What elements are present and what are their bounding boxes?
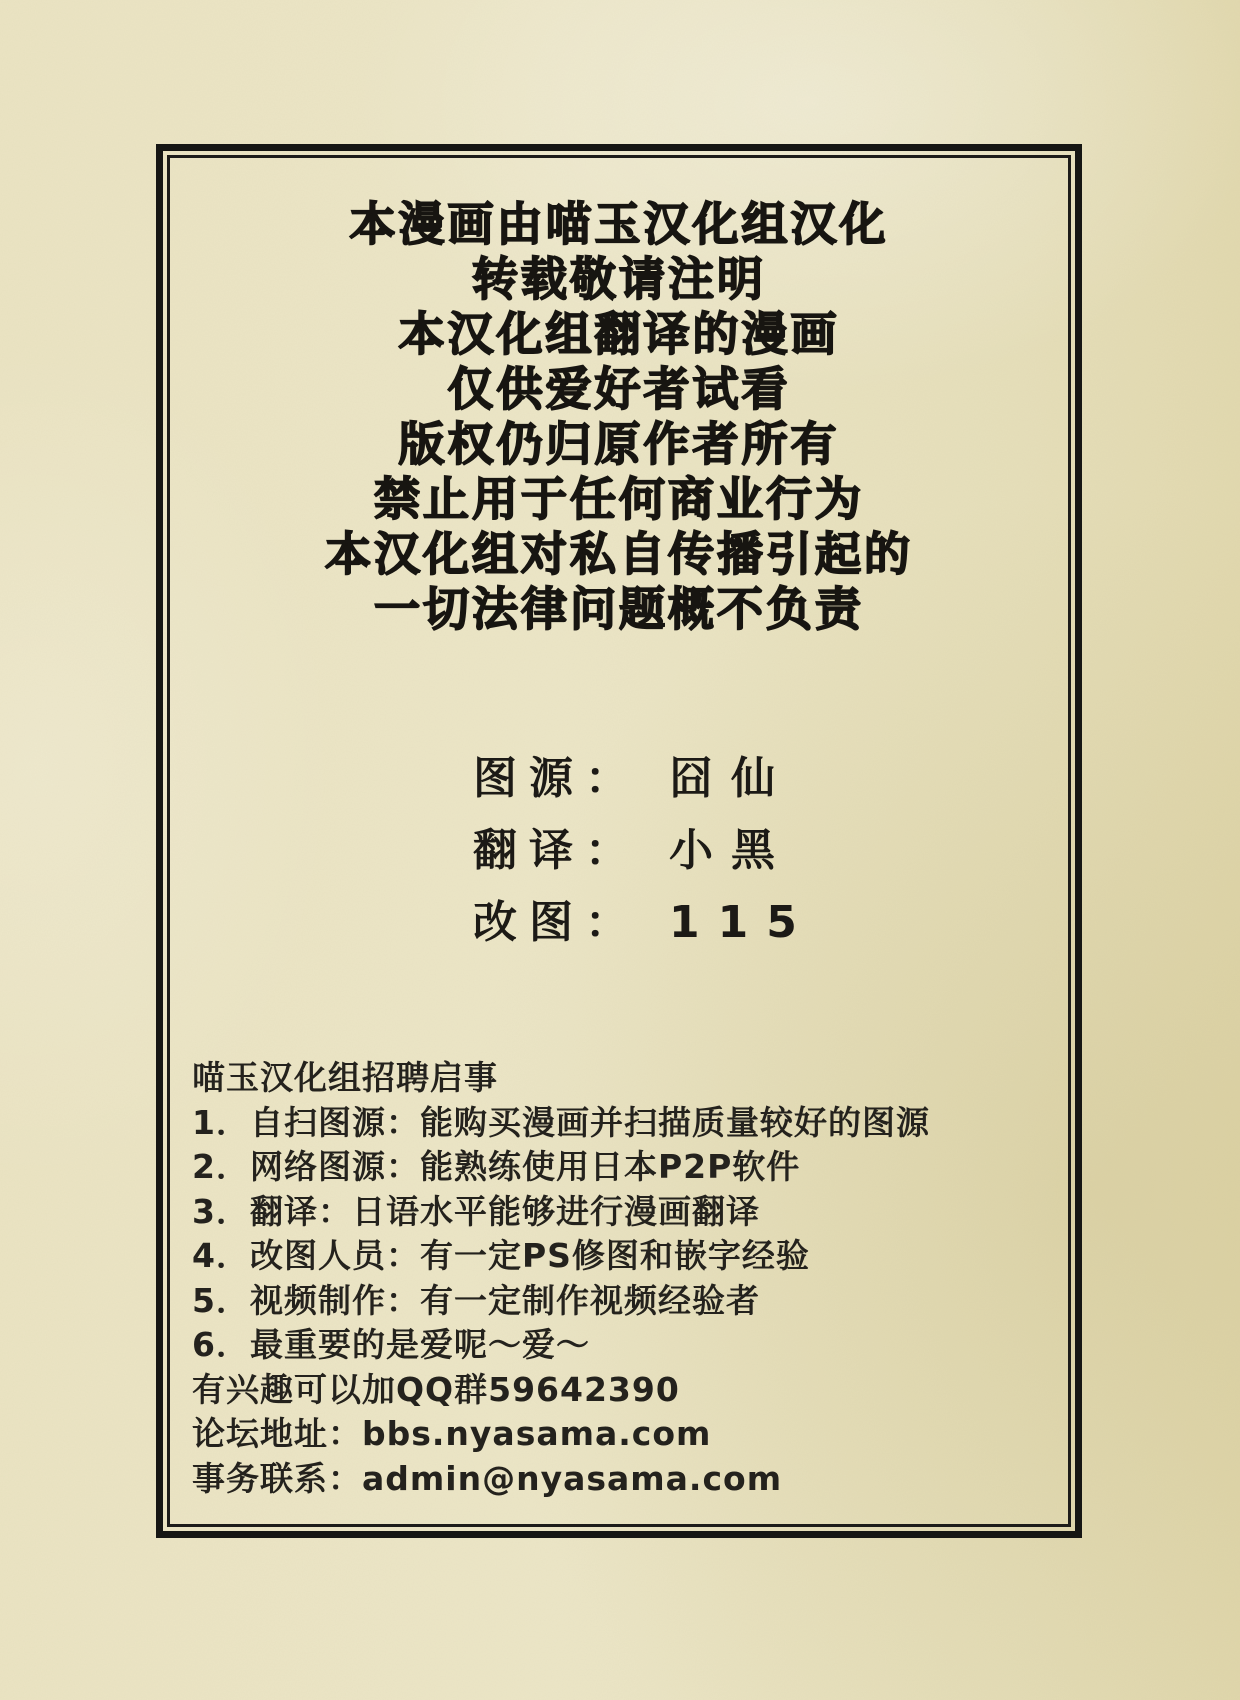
recruitment-item: 1．自扫图源：能购买漫画并扫描质量较好的图源 xyxy=(192,1101,1052,1146)
credit-row-translator: 翻译： 小黑 xyxy=(473,814,815,886)
notice-line: 禁止用于任何商业行为 xyxy=(157,472,1081,527)
recruitment-forum-line: 论坛地址：bbs.nyasama.com xyxy=(192,1412,1052,1457)
notice-line: 版权仍归原作者所有 xyxy=(157,417,1081,472)
notice-line: 本漫画由喵玉汉化组汉化 xyxy=(157,197,1081,252)
credit-row-editor: 改图： 115 xyxy=(473,886,815,958)
credit-label: 图源： xyxy=(473,742,669,806)
staff-credits: 图源： 囧仙 翻译： 小黑 改图： 115 xyxy=(473,742,815,958)
notice-line: 转载敬请注明 xyxy=(157,252,1081,307)
notice-line: 本汉化组翻译的漫画 xyxy=(157,307,1081,362)
copyright-notice: 本漫画由喵玉汉化组汉化 转载敬请注明 本汉化组翻译的漫画 仅供爱好者试看 版权仍… xyxy=(157,197,1081,637)
recruitment-qq-line: 有兴趣可以加QQ群59642390 xyxy=(192,1368,1052,1413)
recruitment-item: 2．网络图源：能熟练使用日本P2P软件 xyxy=(192,1145,1052,1190)
recruitment-item: 4．改图人员：有一定PS修图和嵌字经验 xyxy=(192,1234,1052,1279)
credit-value: 115 xyxy=(669,897,815,948)
scanned-credits-page: 本漫画由喵玉汉化组汉化 转载敬请注明 本汉化组翻译的漫画 仅供爱好者试看 版权仍… xyxy=(0,0,1240,1700)
credit-label: 翻译： xyxy=(473,814,669,878)
notice-line: 仅供爱好者试看 xyxy=(157,362,1081,417)
recruitment-item: 5．视频制作：有一定制作视频经验者 xyxy=(192,1279,1052,1324)
credit-row-source: 图源： 囧仙 xyxy=(473,742,815,814)
notice-line: 本汉化组对私自传播引起的 xyxy=(157,527,1081,582)
credit-label: 改图： xyxy=(473,886,669,950)
notice-line: 一切法律问题概不负责 xyxy=(157,582,1081,637)
recruitment-title: 喵玉汉化组招聘启事 xyxy=(192,1056,1052,1101)
recruitment-email-line: 事务联系：admin@nyasama.com xyxy=(192,1457,1052,1502)
recruitment-item: 3．翻译：日语水平能够进行漫画翻译 xyxy=(192,1190,1052,1235)
credit-value: 小黑 xyxy=(669,814,793,878)
recruitment-item: 6．最重要的是爱呢～爱～ xyxy=(192,1323,1052,1368)
recruitment-notice: 喵玉汉化组招聘启事 1．自扫图源：能购买漫画并扫描质量较好的图源 2．网络图源：… xyxy=(192,1056,1052,1501)
credit-value: 囧仙 xyxy=(669,742,793,806)
